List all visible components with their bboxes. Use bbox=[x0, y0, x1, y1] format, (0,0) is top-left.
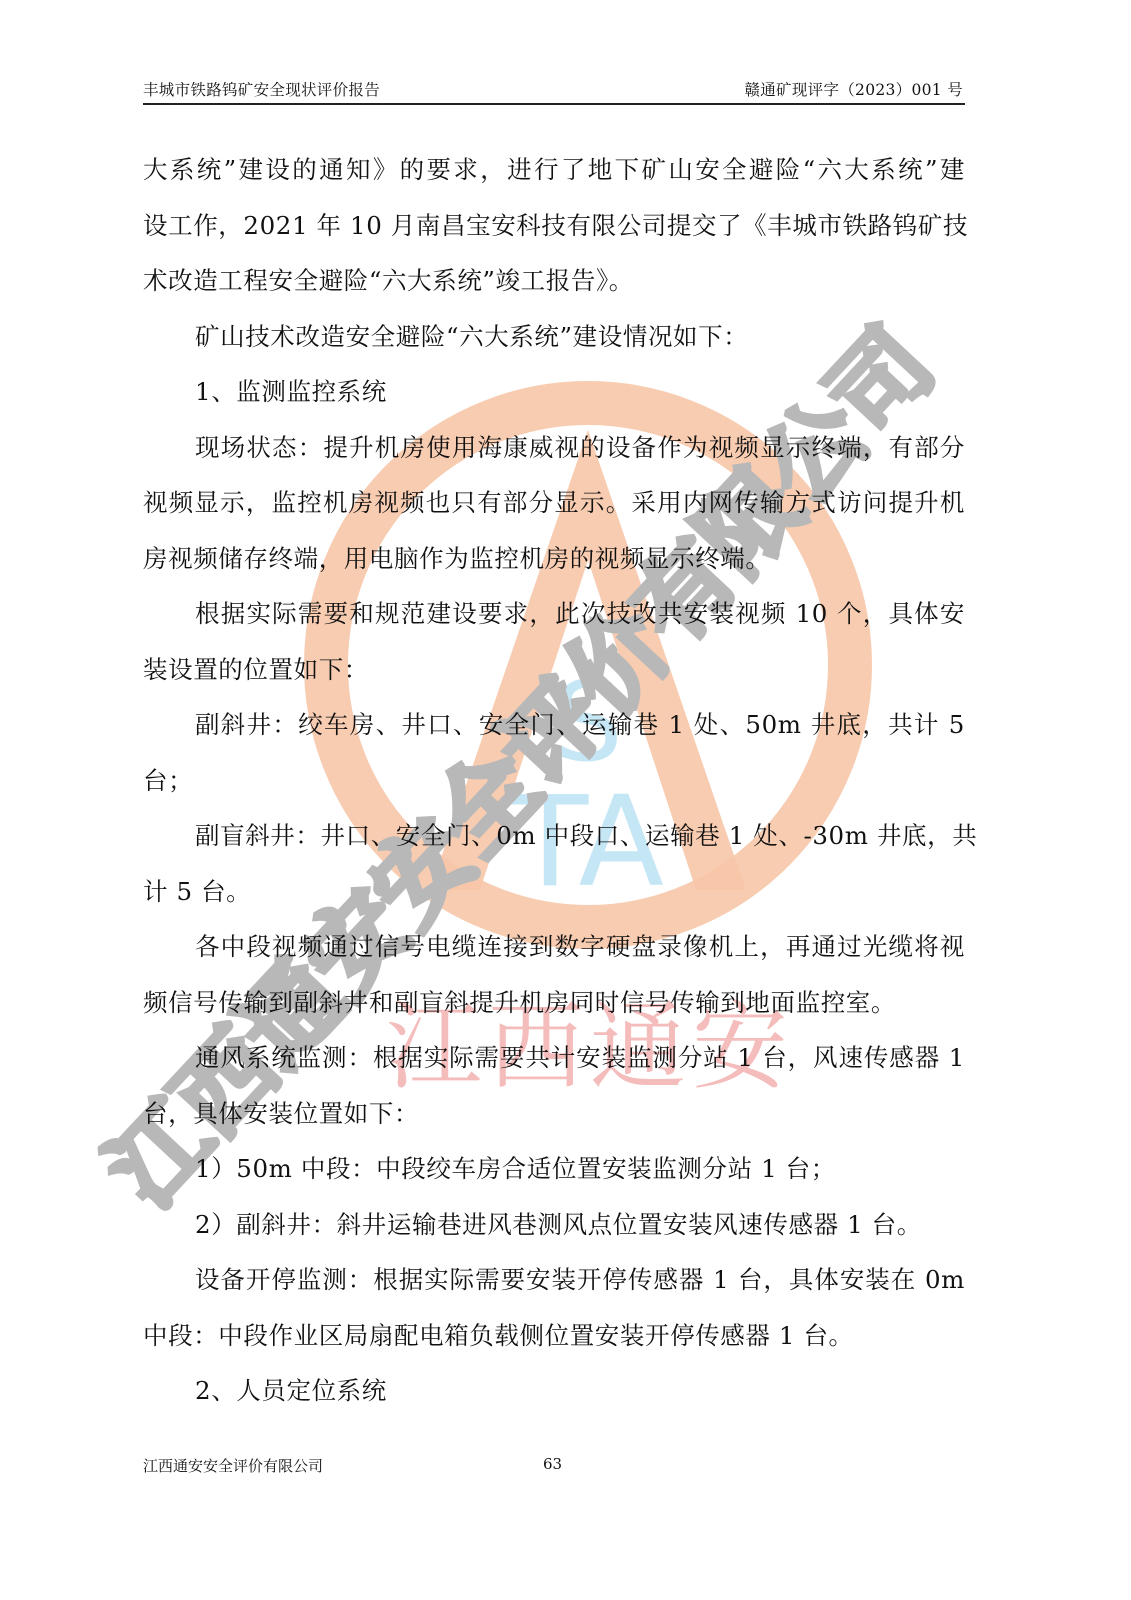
paragraph-line: 各中段视频通过信号电缆连接到数字硬盘录像机上，再通过光缆将视 bbox=[143, 926, 965, 982]
paragraph-line: 台，具体安装位置如下： bbox=[143, 1093, 965, 1149]
header-divider bbox=[143, 103, 965, 105]
paragraph-line: 根据实际需要和规范建设要求，此次技改共安装视频 10 个，具体安 bbox=[143, 593, 965, 649]
paragraph-line: 副盲斜井：井口、安全门、0m 中段口、运输巷 1 处、-30m 井底，共 bbox=[143, 815, 965, 871]
document-page: S TA 江西通安 江西通安安全评价有限公司 丰城市铁路钨矿安全现状评价报告 赣… bbox=[0, 0, 1131, 1600]
section-heading: 2、人员定位系统 bbox=[143, 1370, 965, 1426]
list-item: 1）50m 中段：中段绞车房合适位置安装监测分站 1 台； bbox=[143, 1148, 965, 1204]
paragraph-line: 设工作，2021 年 10 月南昌宝安科技有限公司提交了《丰城市铁路钨矿技 bbox=[143, 205, 965, 261]
paragraph-line: 设备开停监测：根据实际需要安装开停传感器 1 台，具体安装在 0m bbox=[143, 1259, 965, 1315]
paragraph-line: 术改造工程安全避险“六大系统”竣工报告》。 bbox=[143, 260, 965, 316]
paragraph-line: 计 5 台。 bbox=[143, 871, 965, 927]
page-number: 63 bbox=[543, 1455, 562, 1473]
paragraph-line: 中段：中段作业区局扇配电箱负载侧位置安装开停传感器 1 台。 bbox=[143, 1315, 965, 1371]
list-item: 2）副斜井：斜井运输巷进风巷测风点位置安装风速传感器 1 台。 bbox=[143, 1204, 965, 1260]
paragraph-line: 房视频储存终端，用电脑作为监控机房的视频显示终端。 bbox=[143, 538, 965, 594]
paragraph-line: 副斜井：绞车房、井口、安全门、运输巷 1 处、50m 井底，共计 5 bbox=[143, 704, 965, 760]
paragraph-line: 现场状态：提升机房使用海康威视的设备作为视频显示终端，有部分 bbox=[143, 427, 965, 483]
paragraph-line: 频信号传输到副斜井和副盲斜提升机房同时信号传输到地面监控室。 bbox=[143, 982, 965, 1038]
document-number: 赣通矿现评字（2023）001 号 bbox=[744, 78, 963, 100]
paragraph-line: 通风系统监测：根据实际需要共计安装监测分站 1 台，风速传感器 1 bbox=[143, 1037, 965, 1093]
footer-company: 江西通安安全评价有限公司 bbox=[143, 1455, 323, 1476]
body-text: 大系统”建设的通知》的要求，进行了地下矿山安全避险“六大系统”建 设工作，202… bbox=[143, 149, 965, 1426]
report-title: 丰城市铁路钨矿安全现状评价报告 bbox=[143, 78, 380, 100]
paragraph-line: 装设置的位置如下： bbox=[143, 649, 965, 705]
page-footer: 江西通安安全评价有限公司 63 bbox=[143, 1455, 965, 1479]
paragraph-line: 矿山技术改造安全避险“六大系统”建设情况如下： bbox=[143, 316, 965, 372]
paragraph-line: 大系统”建设的通知》的要求，进行了地下矿山安全避险“六大系统”建 bbox=[143, 149, 965, 205]
page-header: 丰城市铁路钨矿安全现状评价报告 赣通矿现评字（2023）001 号 bbox=[143, 78, 963, 102]
paragraph-line: 台； bbox=[143, 760, 965, 816]
section-heading: 1、监测监控系统 bbox=[143, 371, 965, 427]
paragraph-line: 视频显示，监控机房视频也只有部分显示。采用内网传输方式访问提升机 bbox=[143, 482, 965, 538]
